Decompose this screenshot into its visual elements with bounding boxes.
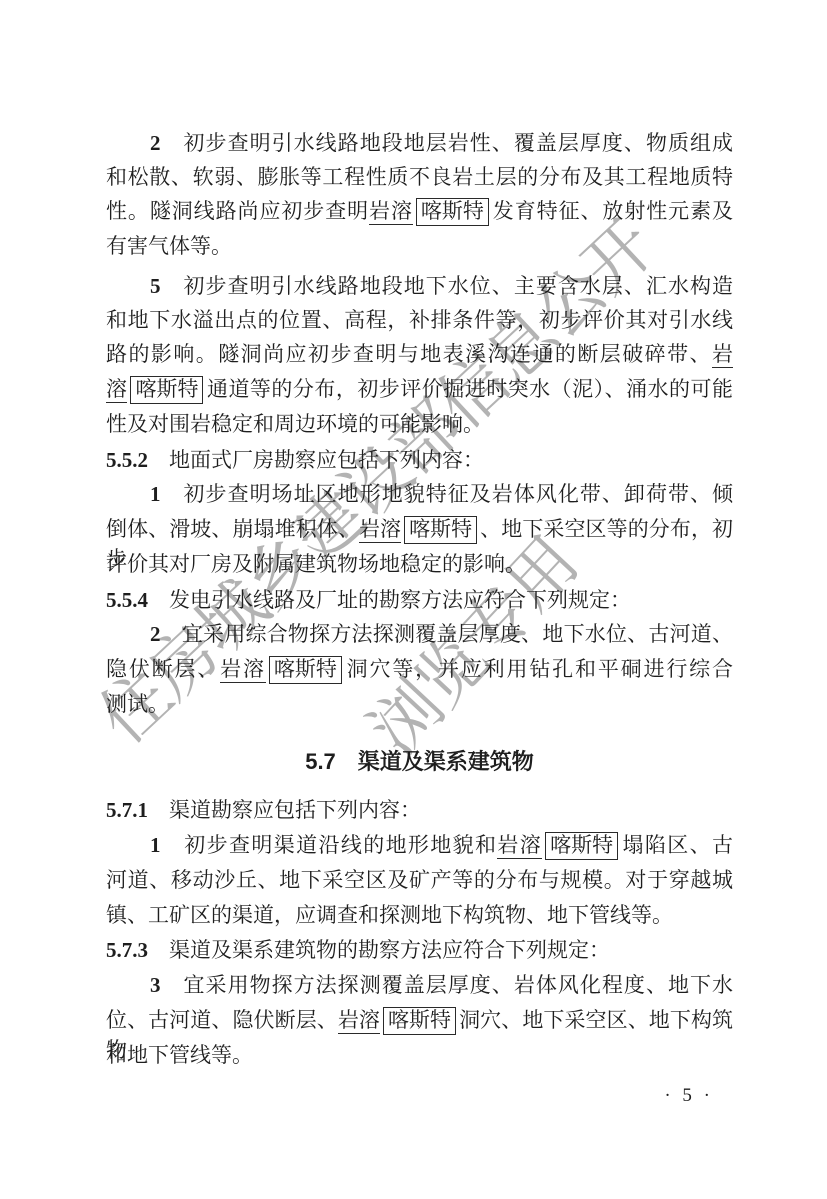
text-segment: 镇、工矿区的渠道，应调查和探测地下构筑物、地下管线等。 — [106, 903, 673, 927]
text-segment: 宜采用综合物探方法探测覆盖层厚度、地下水位、古河道、 — [161, 622, 734, 646]
text-line: 有害气体等。 — [106, 231, 733, 261]
text-segment: 5.7 渠道及渠系建筑物 — [305, 749, 534, 774]
text-segment: 位、古河道、隐伏断层、 — [106, 1008, 338, 1032]
text-segment: 路的影响。隧洞尚应初步查明与地表溪沟连通的断层破碎带、 — [106, 342, 712, 366]
text-segment: 洞穴等，并应利用钻孔和平硐进行综合 — [345, 657, 733, 681]
text-segment: 有害气体等。 — [106, 234, 232, 258]
text-line: 2 初步查明引水线路地段地层岩性、覆盖层厚度、物质组成 — [106, 128, 733, 158]
text-segment: 初步查明引水线路地段地下水位、主要含水层、汇水构造 — [161, 274, 734, 298]
text-segment: 宜采用物探方法探测覆盖层厚度、岩体风化程度、地下水 — [161, 973, 734, 997]
text-line: 和地下管线等。 — [106, 1040, 733, 1070]
text-segment: 5 — [150, 274, 161, 298]
text-segment: 性。隧洞线路尚应初步查明 — [106, 199, 369, 223]
text-segment: 2 — [150, 622, 161, 646]
text-line: 2 宜采用综合物探方法探测覆盖层厚度、地下水位、古河道、 — [106, 619, 733, 649]
text-segment: 5.7.1 — [106, 798, 148, 822]
section-heading: 5.7 渠道及渠系建筑物 — [106, 747, 733, 777]
text-segment: 隐伏断层、 — [106, 657, 220, 681]
text-segment: 和地下水溢出点的位置、高程，补排条件等，初步评价其对引水线 — [106, 308, 733, 332]
boxed-term: 喀斯特 — [416, 198, 489, 226]
text-line: 路的影响。隧洞尚应初步查明与地表溪沟连通的断层破碎带、岩 — [106, 339, 733, 369]
text-line: 溶喀斯特通道等的分布，初步评价掘进时突水（泥）、涌水的可能 — [106, 374, 733, 404]
boxed-term: 喀斯特 — [269, 656, 342, 684]
text-segment: 性及对围岩稳定和周边环境的可能影响。 — [106, 412, 484, 436]
text-line: 镇、工矿区的渠道，应调查和探测地下构筑物、地下管线等。 — [106, 900, 733, 930]
underlined-term: 溶 — [106, 377, 127, 403]
text-segment: 发电引水线路及厂址的勘察方法应符合下列规定： — [148, 588, 631, 612]
text-line: 河道、移动沙丘、地下采空区及矿产等的分布与规模。对于穿越城 — [106, 865, 733, 895]
text-segment: 渠道及渠系建筑物的勘察方法应符合下列规定： — [148, 938, 610, 962]
text-line: 和松散、软弱、膨胀等工程性质不良岩土层的分布及其工程地质特 — [106, 162, 733, 192]
underlined-term: 岩溶 — [220, 657, 266, 683]
text-segment: 渠道勘察应包括下列内容： — [148, 798, 421, 822]
text-segment: 1 — [150, 833, 161, 857]
text-segment: 初步查明渠道沿线的地形地貌和 — [161, 833, 498, 857]
text-segment: 河道、移动沙丘、地下采空区及矿产等的分布与规模。对于穿越城 — [106, 868, 733, 892]
text-segment: 初步查明引水线路地段地层岩性、覆盖层厚度、物质组成 — [161, 131, 734, 155]
text-line: 5 初步查明引水线路地段地下水位、主要含水层、汇水构造 — [106, 271, 733, 301]
text-segment: 地面式厂房勘察应包括下列内容： — [148, 448, 484, 472]
text-segment: 评价其对厂房及附属建筑物场地稳定的影响。 — [106, 552, 526, 576]
text-line: 3 宜采用物探方法探测覆盖层厚度、岩体风化程度、地下水 — [106, 970, 733, 1000]
text-line: 性。隧洞线路尚应初步查明岩溶喀斯特发育特征、放射性元素及 — [106, 196, 733, 226]
text-segment: 和松散、软弱、膨胀等工程性质不良岩土层的分布及其工程地质特 — [106, 165, 733, 189]
text-segment: 塌陷区、古 — [621, 833, 733, 857]
text-line: 1 初步查明渠道沿线的地形地貌和岩溶喀斯特塌陷区、古 — [106, 830, 733, 860]
text-line: 隐伏断层、岩溶喀斯特洞穴等，并应利用钻孔和平硐进行综合 — [106, 654, 733, 684]
text-segment: 初步查明场址区地形地貌特征及岩体风化带、卸荷带、倾 — [161, 482, 734, 506]
underlined-term: 岩溶 — [338, 1008, 380, 1034]
text-segment: 和地下管线等。 — [106, 1043, 253, 1067]
text-line: 5.5.2 地面式厂房勘察应包括下列内容： — [106, 445, 733, 475]
text-segment: 3 — [150, 973, 161, 997]
document-body: 2 初步查明引水线路地段地层岩性、覆盖层厚度、物质组成和松散、软弱、膨胀等工程性… — [0, 0, 827, 1199]
text-segment: 通道等的分布，初步评价掘进时突水（泥）、涌水的可能 — [206, 377, 733, 401]
underlined-term: 岩溶 — [369, 199, 413, 225]
boxed-term: 喀斯特 — [130, 376, 203, 404]
underlined-term: 岩溶 — [497, 833, 542, 859]
boxed-term: 喀斯特 — [383, 1007, 456, 1035]
text-segment: 5.5.4 — [106, 588, 148, 612]
text-segment: 1 — [150, 482, 161, 506]
text-segment: 发育特征、放射性元素及 — [492, 199, 733, 223]
text-line: 评价其对厂房及附属建筑物场地稳定的影响。 — [106, 549, 733, 579]
text-line: 5.5.4 发电引水线路及厂址的勘察方法应符合下列规定： — [106, 585, 733, 615]
text-line: 1 初步查明场址区地形地貌特征及岩体风化带、卸荷带、倾 — [106, 479, 733, 509]
text-line: 性及对围岩稳定和周边环境的可能影响。 — [106, 409, 733, 439]
text-line: 测试。 — [106, 689, 733, 719]
boxed-term: 喀斯特 — [404, 516, 477, 544]
text-segment: 测试。 — [106, 692, 169, 716]
text-segment: 倒体、滑坡、崩塌堆积体、 — [106, 517, 359, 541]
text-line: 5.7.3 渠道及渠系建筑物的勘察方法应符合下列规定： — [106, 935, 733, 965]
boxed-term: 喀斯特 — [545, 832, 618, 860]
text-segment: 5.5.2 — [106, 448, 148, 472]
document-page: 住房城乡建设部信息公开 浏览专用 2 初步查明引水线路地段地层岩性、覆盖层厚度、… — [0, 0, 827, 1199]
underlined-term: 岩溶 — [359, 517, 401, 543]
page-number: · 5 · — [664, 1085, 710, 1107]
text-segment: 2 — [150, 131, 161, 155]
text-line: 5.7.1 渠道勘察应包括下列内容： — [106, 795, 733, 825]
text-line: 和地下水溢出点的位置、高程，补排条件等，初步评价其对引水线 — [106, 305, 733, 335]
underlined-term: 岩 — [712, 342, 733, 368]
text-segment: 5.7.3 — [106, 938, 148, 962]
